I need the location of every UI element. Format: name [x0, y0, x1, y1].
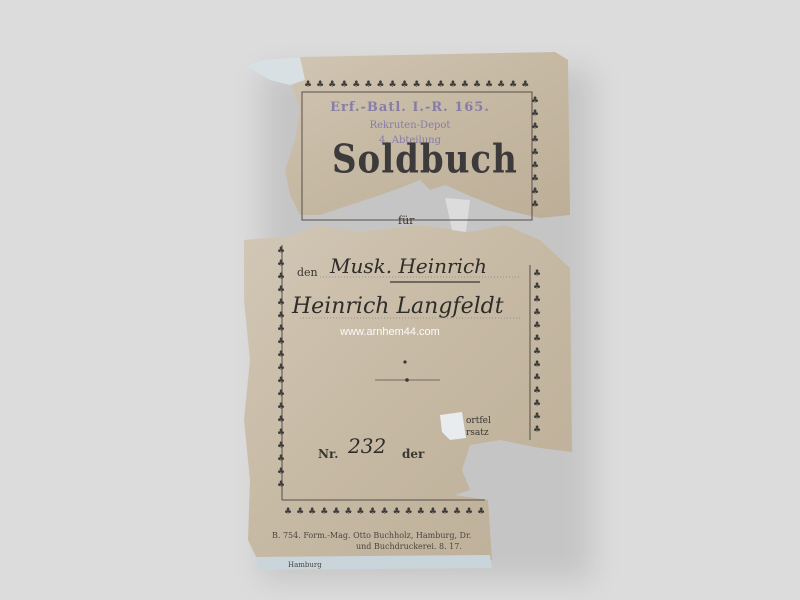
fuer-label: für [398, 214, 414, 227]
nr-label: Nr. [318, 447, 338, 461]
partial-text-1: ortfel [466, 416, 491, 426]
partial-text-2: rsatz [466, 428, 489, 438]
stamp-line-1: Erf.-Batl. I.-R. 165. [330, 100, 490, 115]
ornament-border-left: ♣♣♣♣♣♣♣♣♣♣♣♣♣♣♣♣♣♣♣ [276, 245, 286, 495]
handwritten-number: 232 [348, 434, 386, 458]
den-label: den [297, 266, 318, 279]
ornament-border-top: ♣♣♣♣♣♣♣♣♣♣♣♣♣♣♣♣♣♣♣♣♣♣♣♣♣♣♣ [304, 80, 534, 90]
printer-imprint-line-1: B. 754. Form.-Mag. Otto Buchholz, Hambur… [272, 531, 471, 540]
ornament-border-bottom: ♣♣♣♣♣♣♣♣♣♣♣♣♣♣♣♣♣♣♣♣♣♣♣ [284, 507, 484, 517]
bottom-strip-text: Hamburg [288, 561, 322, 569]
handwritten-full-name: Heinrich Langfeldt [292, 294, 504, 319]
ornament-border-right: ♣♣♣♣♣♣♣♣♣♣♣♣♣ [532, 268, 542, 438]
stamp-line-2: Rekruten-Depot [330, 120, 490, 131]
ornament-border-right-top: ♣♣♣♣♣♣♣♣♣ [530, 95, 540, 215]
handwritten-rank-name: Musk. Heinrich [330, 254, 487, 278]
document-title: Soldbuch [332, 137, 492, 183]
watermark: www.arnhem44.com [330, 326, 450, 338]
printer-imprint-line-2: und Buchdruckerei. 8. 17. [356, 542, 462, 551]
der-label: der [402, 447, 424, 461]
